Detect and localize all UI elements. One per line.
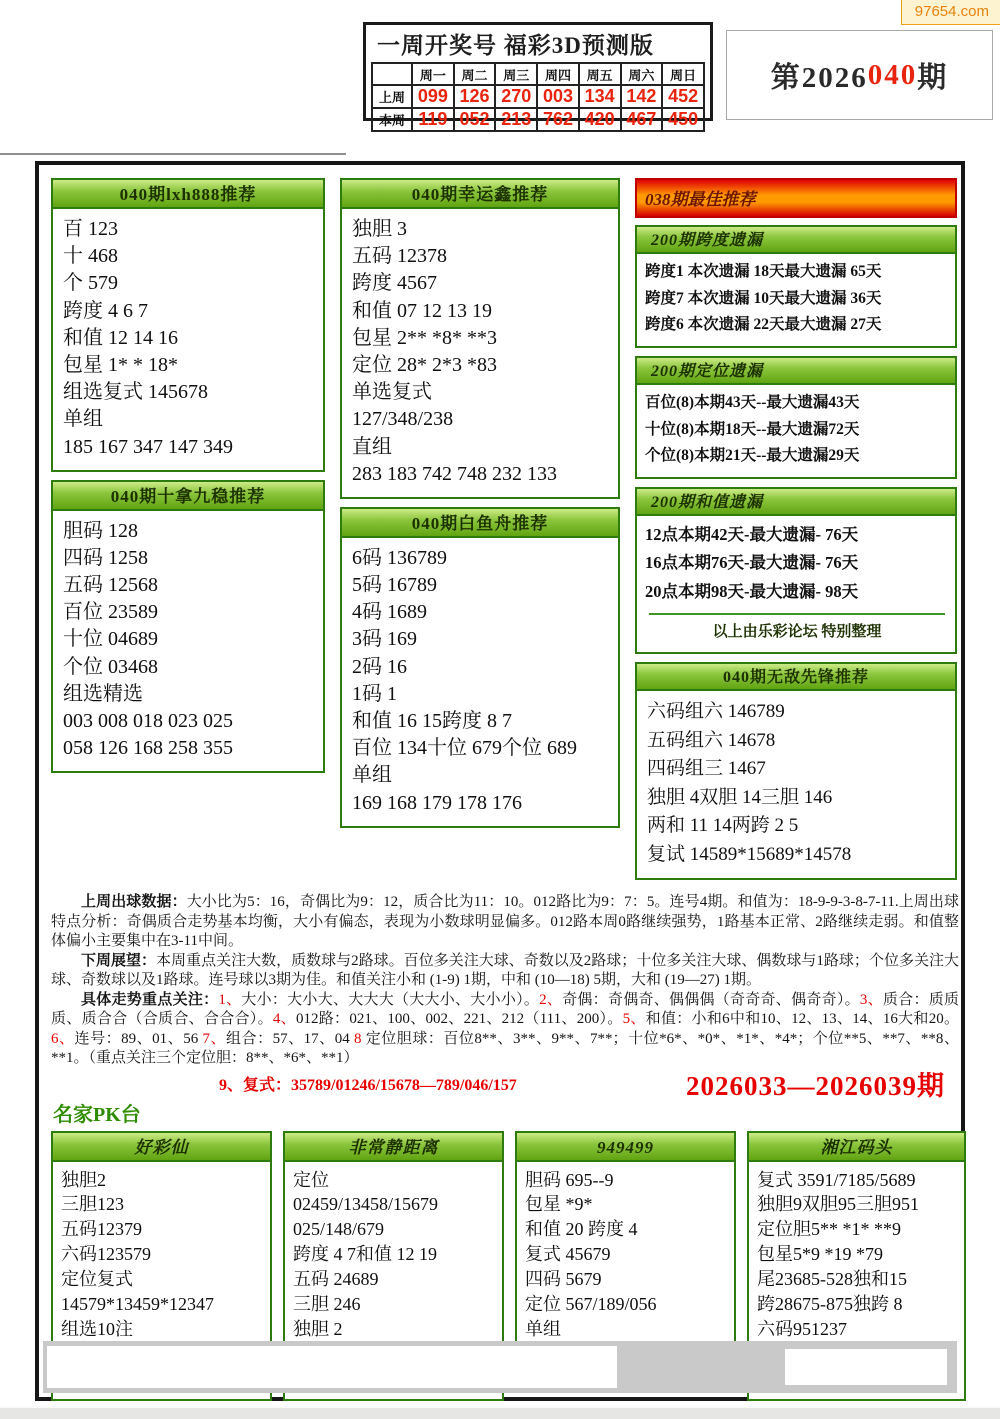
table-cell: 周五 <box>579 63 621 85</box>
panel-line: 2码 16 <box>352 654 608 681</box>
text-segment: 上周出球数据： <box>81 894 187 910</box>
table-cell: 452 <box>662 85 704 108</box>
panel-line: 跨度 4 6 7 <box>63 298 313 325</box>
row-label: 本周 <box>372 108 412 131</box>
table-cell: 099 <box>412 85 454 108</box>
panel-line: 五码12379 <box>61 1217 262 1242</box>
panel-line: 3码 169 <box>352 626 608 653</box>
panel-title: 非常静距离 <box>285 1133 502 1162</box>
table-cell: 467 <box>621 108 663 131</box>
panel-title: 040期无敌先锋推荐 <box>637 664 955 691</box>
text-segment: 5、 <box>623 1011 646 1027</box>
panel-line: 六码123579 <box>61 1242 262 1267</box>
text-segment: 连号：89、01、56 <box>75 1031 203 1047</box>
sum-omission-lines: 12点本期42天-最大遗漏- 76天16点本期76天-最大遗漏- 76天20点本… <box>645 521 949 606</box>
panel-body: 胆码 128四码 1258五码 12568百位 23589十位 04689个位 … <box>53 511 323 772</box>
watermark-link[interactable]: 97654.com <box>901 0 1000 25</box>
panel-line: 和值 16 15跨度 8 7 <box>352 708 608 735</box>
panel-line: 和值 07 12 13 19 <box>352 298 608 325</box>
panel-line: 跨度7 本次遗漏 10天最大遗漏 36天 <box>645 286 949 313</box>
text-segment: 本周重点关注大数，质数球与2路球。百位多关注大球、奇数以及2路球；十位多关注大球… <box>51 953 959 989</box>
empty-cell <box>372 63 412 85</box>
table-cell: 142 <box>621 85 663 108</box>
panel-line: 025/148/679 <box>293 1217 494 1242</box>
table-cell: 134 <box>579 85 621 108</box>
panel-title: 040期幸运鑫推荐 <box>342 180 618 209</box>
panel-line: 六码951237 <box>757 1317 956 1342</box>
panel-line: 单组 <box>352 762 608 789</box>
weekly-title: 一周开奖号 福彩3D预测版 <box>371 26 705 62</box>
panel-body: 12点本期42天-最大遗漏- 76天16点本期76天-最大遗漏- 76天20点本… <box>637 516 955 652</box>
table-cell: 420 <box>579 108 621 131</box>
panel-title: 200期跨度遗漏 <box>637 227 955 254</box>
table-row: 上周099126270003134142452 <box>372 85 704 108</box>
main-content-box: 040期lxh888推荐 百 123十 468个 579跨度 4 6 7和值 1… <box>35 161 965 1401</box>
text-segment: 下周展望： <box>81 953 156 969</box>
panel-title: 200期和值遗漏 <box>637 489 955 516</box>
table-cell: 003 <box>537 85 579 108</box>
text-segment: 1、 <box>218 992 241 1008</box>
panel-line: 定位 <box>293 1168 494 1193</box>
weekly-results-box: 一周开奖号 福彩3D预测版 周一周二周三周四周五周六周日 上周099126270… <box>363 22 713 121</box>
table-row: 本周119052213762420467450 <box>372 108 704 131</box>
panel-shinajiuwen: 040期十拿九稳推荐 胆码 128四码 1258五码 12568百位 23589… <box>51 480 325 774</box>
panel-line: 058 126 168 258 355 <box>63 735 313 762</box>
panel-line: 定位 567/189/056 <box>525 1292 726 1317</box>
panel-line: 16点本期76天-最大遗漏- 76天 <box>645 549 949 577</box>
panel-line: 独胆9双胆95三胆951 <box>757 1192 956 1217</box>
panel-line: 5码 16789 <box>352 572 608 599</box>
text-segment: 奇偶：奇偶奇、偶偶偶（奇奇奇、偶奇奇）。 <box>562 992 860 1008</box>
text-segment: 和值：小和6中和10、12、13、14、16大和20。 <box>646 1011 959 1027</box>
analysis-paragraph: 上周出球数据：大小比为5：16，奇偶比为9：12，质合比为11：10。012路比… <box>51 893 959 952</box>
panel-line: 和值 12 14 16 <box>63 325 313 352</box>
panel-xingyunxin: 040期幸运鑫推荐 独胆 3五码 12378跨度 4567和值 07 12 13… <box>340 178 620 499</box>
panel-line: 三胆123 <box>61 1192 262 1217</box>
analysis-text: 上周出球数据：大小比为5：16，奇偶比为9：12，质合比为11：10。012路比… <box>51 893 959 1069</box>
panel-line: 复式 3591/7185/5689 <box>757 1168 956 1193</box>
panel-line: 组选10注 <box>61 1317 262 1342</box>
text-segment: 大小：大小大、大大大（大大小、大小小）。 <box>241 992 539 1008</box>
column-left: 040期lxh888推荐 百 123十 468个 579跨度 4 6 7和值 1… <box>51 178 325 781</box>
divider <box>649 613 945 615</box>
panel-line: 五码 12568 <box>63 572 313 599</box>
panel-line: 定位 28* 2*3 *83 <box>352 352 608 379</box>
panel-line: 尾23685-528独和15 <box>757 1267 956 1292</box>
page-footer-strip <box>0 1406 1000 1419</box>
panel-line: 胆码 695--9 <box>525 1168 726 1193</box>
text-segment: 具体走势重点关注： <box>81 992 218 1008</box>
weekly-results-table: 周一周二周三周四周五周六周日 上周099126270003134142452 本… <box>371 62 705 132</box>
panel-title: 040期十拿九稳推荐 <box>53 482 323 511</box>
table-cell: 762 <box>537 108 579 131</box>
bottom-white-box-left <box>47 1346 617 1388</box>
panel-line: 十位(8)本期18天--最大遗漏72天 <box>645 417 949 444</box>
panel-title: 湘江码头 <box>749 1133 964 1162</box>
column-middle: 040期幸运鑫推荐 独胆 3五码 12378跨度 4567和值 07 12 13… <box>340 178 620 836</box>
text-segment: 8 <box>354 1031 366 1047</box>
text-segment: 012路：021、100、002、221、212（111、200）。 <box>296 1011 623 1027</box>
panel-line: 独胆 2 <box>293 1317 494 1342</box>
text-segment: 7、 <box>202 1031 226 1047</box>
row-label: 上周 <box>372 85 412 108</box>
panel-line: 个位 03468 <box>63 654 313 681</box>
table-cell: 052 <box>454 108 496 131</box>
text-segment: 大小比为5：16，奇偶比为9：12，质合比为11：10。012路比为9：7：5。… <box>51 894 959 949</box>
panel-line: 包星 2** *8* **3 <box>352 325 608 352</box>
panel-line: 包星 *9* <box>525 1192 726 1217</box>
panel-sum-omission: 200期和值遗漏 12点本期42天-最大遗漏- 76天16点本期76天-最大遗漏… <box>635 487 957 654</box>
panel-line: 直组 <box>352 434 608 461</box>
panel-line: 127/348/238 <box>352 406 608 433</box>
table-cell: 周一 <box>412 63 454 85</box>
panel-title: 040期lxh888推荐 <box>53 180 323 209</box>
panel-line: 和值 20 跨度 4 <box>525 1217 726 1242</box>
panel-line: 个 579 <box>63 270 313 297</box>
panel-line: 1码 1 <box>352 681 608 708</box>
best-recommend-banner: 038期最佳推荐 <box>635 178 957 218</box>
panel-line: 12点本期42天-最大遗漏- 76天 <box>645 521 949 549</box>
panel-line: 四码 5679 <box>525 1267 726 1292</box>
panel-line: 五码 24689 <box>293 1267 494 1292</box>
issue-number-box: 第2026040期 <box>726 30 993 120</box>
panel-line: 六码组六 146789 <box>647 698 945 727</box>
panel-line: 五码 12378 <box>352 243 608 270</box>
panel-line: 跨度 4567 <box>352 270 608 297</box>
panel-line: 百位 23589 <box>63 599 313 626</box>
text-segment: 3、 <box>860 992 883 1008</box>
panel-body: 六码组六 146789五码组六 14678四码组三 1467独胆 4双胆 14三… <box>637 691 955 878</box>
panel-line: 283 183 742 748 232 133 <box>352 461 608 488</box>
panel-title: 040期白鱼舟推荐 <box>342 509 618 538</box>
panel-line: 两和 11 14两跨 2 5 <box>647 812 945 841</box>
panel-line: 百位 134十位 679个位 689 <box>352 735 608 762</box>
panel-title: 949499 <box>517 1133 734 1162</box>
panel-line: 独胆 3 <box>352 216 608 243</box>
column-right: 038期最佳推荐 200期跨度遗漏 跨度1 本次遗漏 18天最大遗漏 65天跨度… <box>635 178 957 888</box>
analysis-paragraph: 下周展望：本周重点关注大数，质数球与2路球。百位多关注大球、奇数以及2路球；十位… <box>51 952 959 991</box>
text-segment: 2、 <box>539 992 562 1008</box>
panel-lxh888: 040期lxh888推荐 百 123十 468个 579跨度 4 6 7和值 1… <box>51 178 325 472</box>
panel-line: 定位胆5** *1* **9 <box>757 1217 956 1242</box>
panel-line: 复式 45679 <box>525 1242 726 1267</box>
analysis-paragraph: 具体走势重点关注：1、大小：大小大、大大大（大大小、大小小）。2、奇偶：奇偶奇、… <box>51 991 959 1069</box>
panel-line: 单组 <box>525 1317 726 1342</box>
table-cell: 270 <box>495 85 537 108</box>
issue-highlight: 040 <box>868 59 918 92</box>
text-segment: 6、 <box>51 1031 75 1047</box>
panel-body: 百 123十 468个 579跨度 4 6 7和值 12 14 16包星 1* … <box>53 209 323 470</box>
panel-line: 百位(8)本期43天--最大遗漏43天 <box>645 390 949 417</box>
issue-suffix: 期 <box>917 55 948 96</box>
table-cell: 周二 <box>454 63 496 85</box>
panel-line: 02459/13458/15679 <box>293 1192 494 1217</box>
table-cell: 周日 <box>662 63 704 85</box>
panel-line: 单组 <box>63 406 313 433</box>
panel-line: 四码 1258 <box>63 545 313 572</box>
table-cell: 450 <box>662 108 704 131</box>
panel-line: 百 123 <box>63 216 313 243</box>
panel-line: 185 167 347 147 349 <box>63 434 313 461</box>
panel-line: 包星5*9 *19 *79 <box>757 1242 956 1267</box>
panel-line: 169 168 179 178 176 <box>352 790 608 817</box>
panel-line: 定位复式 <box>61 1267 262 1292</box>
page: 97654.com 一周开奖号 福彩3D预测版 周一周二周三周四周五周六周日 上… <box>0 0 1000 1419</box>
fushi-row: 9、复式：35789/01246/15678—789/046/157 20260… <box>51 1072 951 1098</box>
text-segment: 9、复式：35789/01246/15678—789/046/157 <box>219 1077 517 1094</box>
panel-line: 复试 14589*15689*14578 <box>647 841 945 870</box>
panel-line: 003 008 018 023 025 <box>63 708 313 735</box>
panel-body: 跨度1 本次遗漏 18天最大遗漏 65天跨度7 本次遗漏 10天最大遗漏 36天… <box>637 254 955 346</box>
bottom-grey-bar <box>43 1341 957 1393</box>
panel-line: 20点本期98天-最大遗漏- 98天 <box>645 578 949 606</box>
panel-body: 百位(8)本期43天--最大遗漏43天十位(8)本期18天--最大遗漏72天个位… <box>637 385 955 477</box>
table-cell: 周四 <box>537 63 579 85</box>
panel-title: 好彩仙 <box>53 1133 270 1162</box>
panel-line: 6码 136789 <box>352 545 608 572</box>
panel-line: 十 468 <box>63 243 313 270</box>
table-header-row: 周一周二周三周四周五周六周日 <box>372 63 704 85</box>
panel-line: 组选精选 <box>63 681 313 708</box>
panel-line: 跨度1 本次遗漏 18天最大遗漏 65天 <box>645 259 949 286</box>
text-segment: 4、 <box>273 1011 296 1027</box>
issue-prefix: 第2026 <box>771 55 868 96</box>
panel-line: 组选复式 145678 <box>63 379 313 406</box>
panel-wudi-xianfeng: 040期无敌先锋推荐 六码组六 146789五码组六 14678四码组三 146… <box>635 662 957 880</box>
table-cell: 119 <box>412 108 454 131</box>
pk-panel-949499: 949499 胆码 695--9包星 *9*和值 20 跨度 4复式 45679… <box>515 1131 736 1377</box>
panel-line: 单选复式 <box>352 379 608 406</box>
panel-line: 跨度 4 7和值 12 19 <box>293 1242 494 1267</box>
table-cell: 周六 <box>621 63 663 85</box>
panel-line: 跨28675-875独跨 8 <box>757 1292 956 1317</box>
panel-line: 独胆 4双胆 14三胆 146 <box>647 784 945 813</box>
panel-line: 四码组三 1467 <box>647 755 945 784</box>
table-cell: 周三 <box>495 63 537 85</box>
table-cell: 213 <box>495 108 537 131</box>
panel-line: 十位 04689 <box>63 626 313 653</box>
panel-span-omission: 200期跨度遗漏 跨度1 本次遗漏 18天最大遗漏 65天跨度7 本次遗漏 10… <box>635 225 957 348</box>
panel-line: 五码组六 14678 <box>647 727 945 756</box>
divider <box>0 153 346 155</box>
panel-line: 14579*13459*12347 <box>61 1292 262 1317</box>
panel-body: 独胆 3五码 12378跨度 4567和值 07 12 13 19包星 2** … <box>342 209 618 497</box>
text-segment: 组合：57、17、04 <box>226 1031 354 1047</box>
panel-line: 独胆2 <box>61 1168 262 1193</box>
panel-line: 三胆 246 <box>293 1292 494 1317</box>
table-cell: 126 <box>454 85 496 108</box>
panel-line: 个位(8)本期21天--最大遗漏29天 <box>645 443 949 470</box>
panel-line: 包星 1* * 18* <box>63 352 313 379</box>
panel-line: 4码 1689 <box>352 599 608 626</box>
panel-baiyuzhou: 040期白鱼舟推荐 6码 1367895码 167894码 16893码 169… <box>340 507 620 828</box>
panel-body: 6码 1367895码 167894码 16893码 1692码 161码 1和… <box>342 538 618 826</box>
prediction-columns: 040期lxh888推荐 百 123十 468个 579跨度 4 6 7和值 1… <box>51 178 951 888</box>
panel-footnote: 以上由乐彩论坛 特别整理 <box>645 619 949 645</box>
panel-line: 跨度6 本次遗漏 22天最大遗漏 27天 <box>645 312 949 339</box>
panel-position-omission: 200期定位遗漏 百位(8)本期43天--最大遗漏43天十位(8)本期18天--… <box>635 356 957 479</box>
panel-title: 200期定位遗漏 <box>637 358 955 385</box>
issue-range: 2026033—2026039期 <box>686 1064 945 1103</box>
panel-line: 胆码 128 <box>63 518 313 545</box>
bottom-white-box-right <box>785 1349 947 1385</box>
